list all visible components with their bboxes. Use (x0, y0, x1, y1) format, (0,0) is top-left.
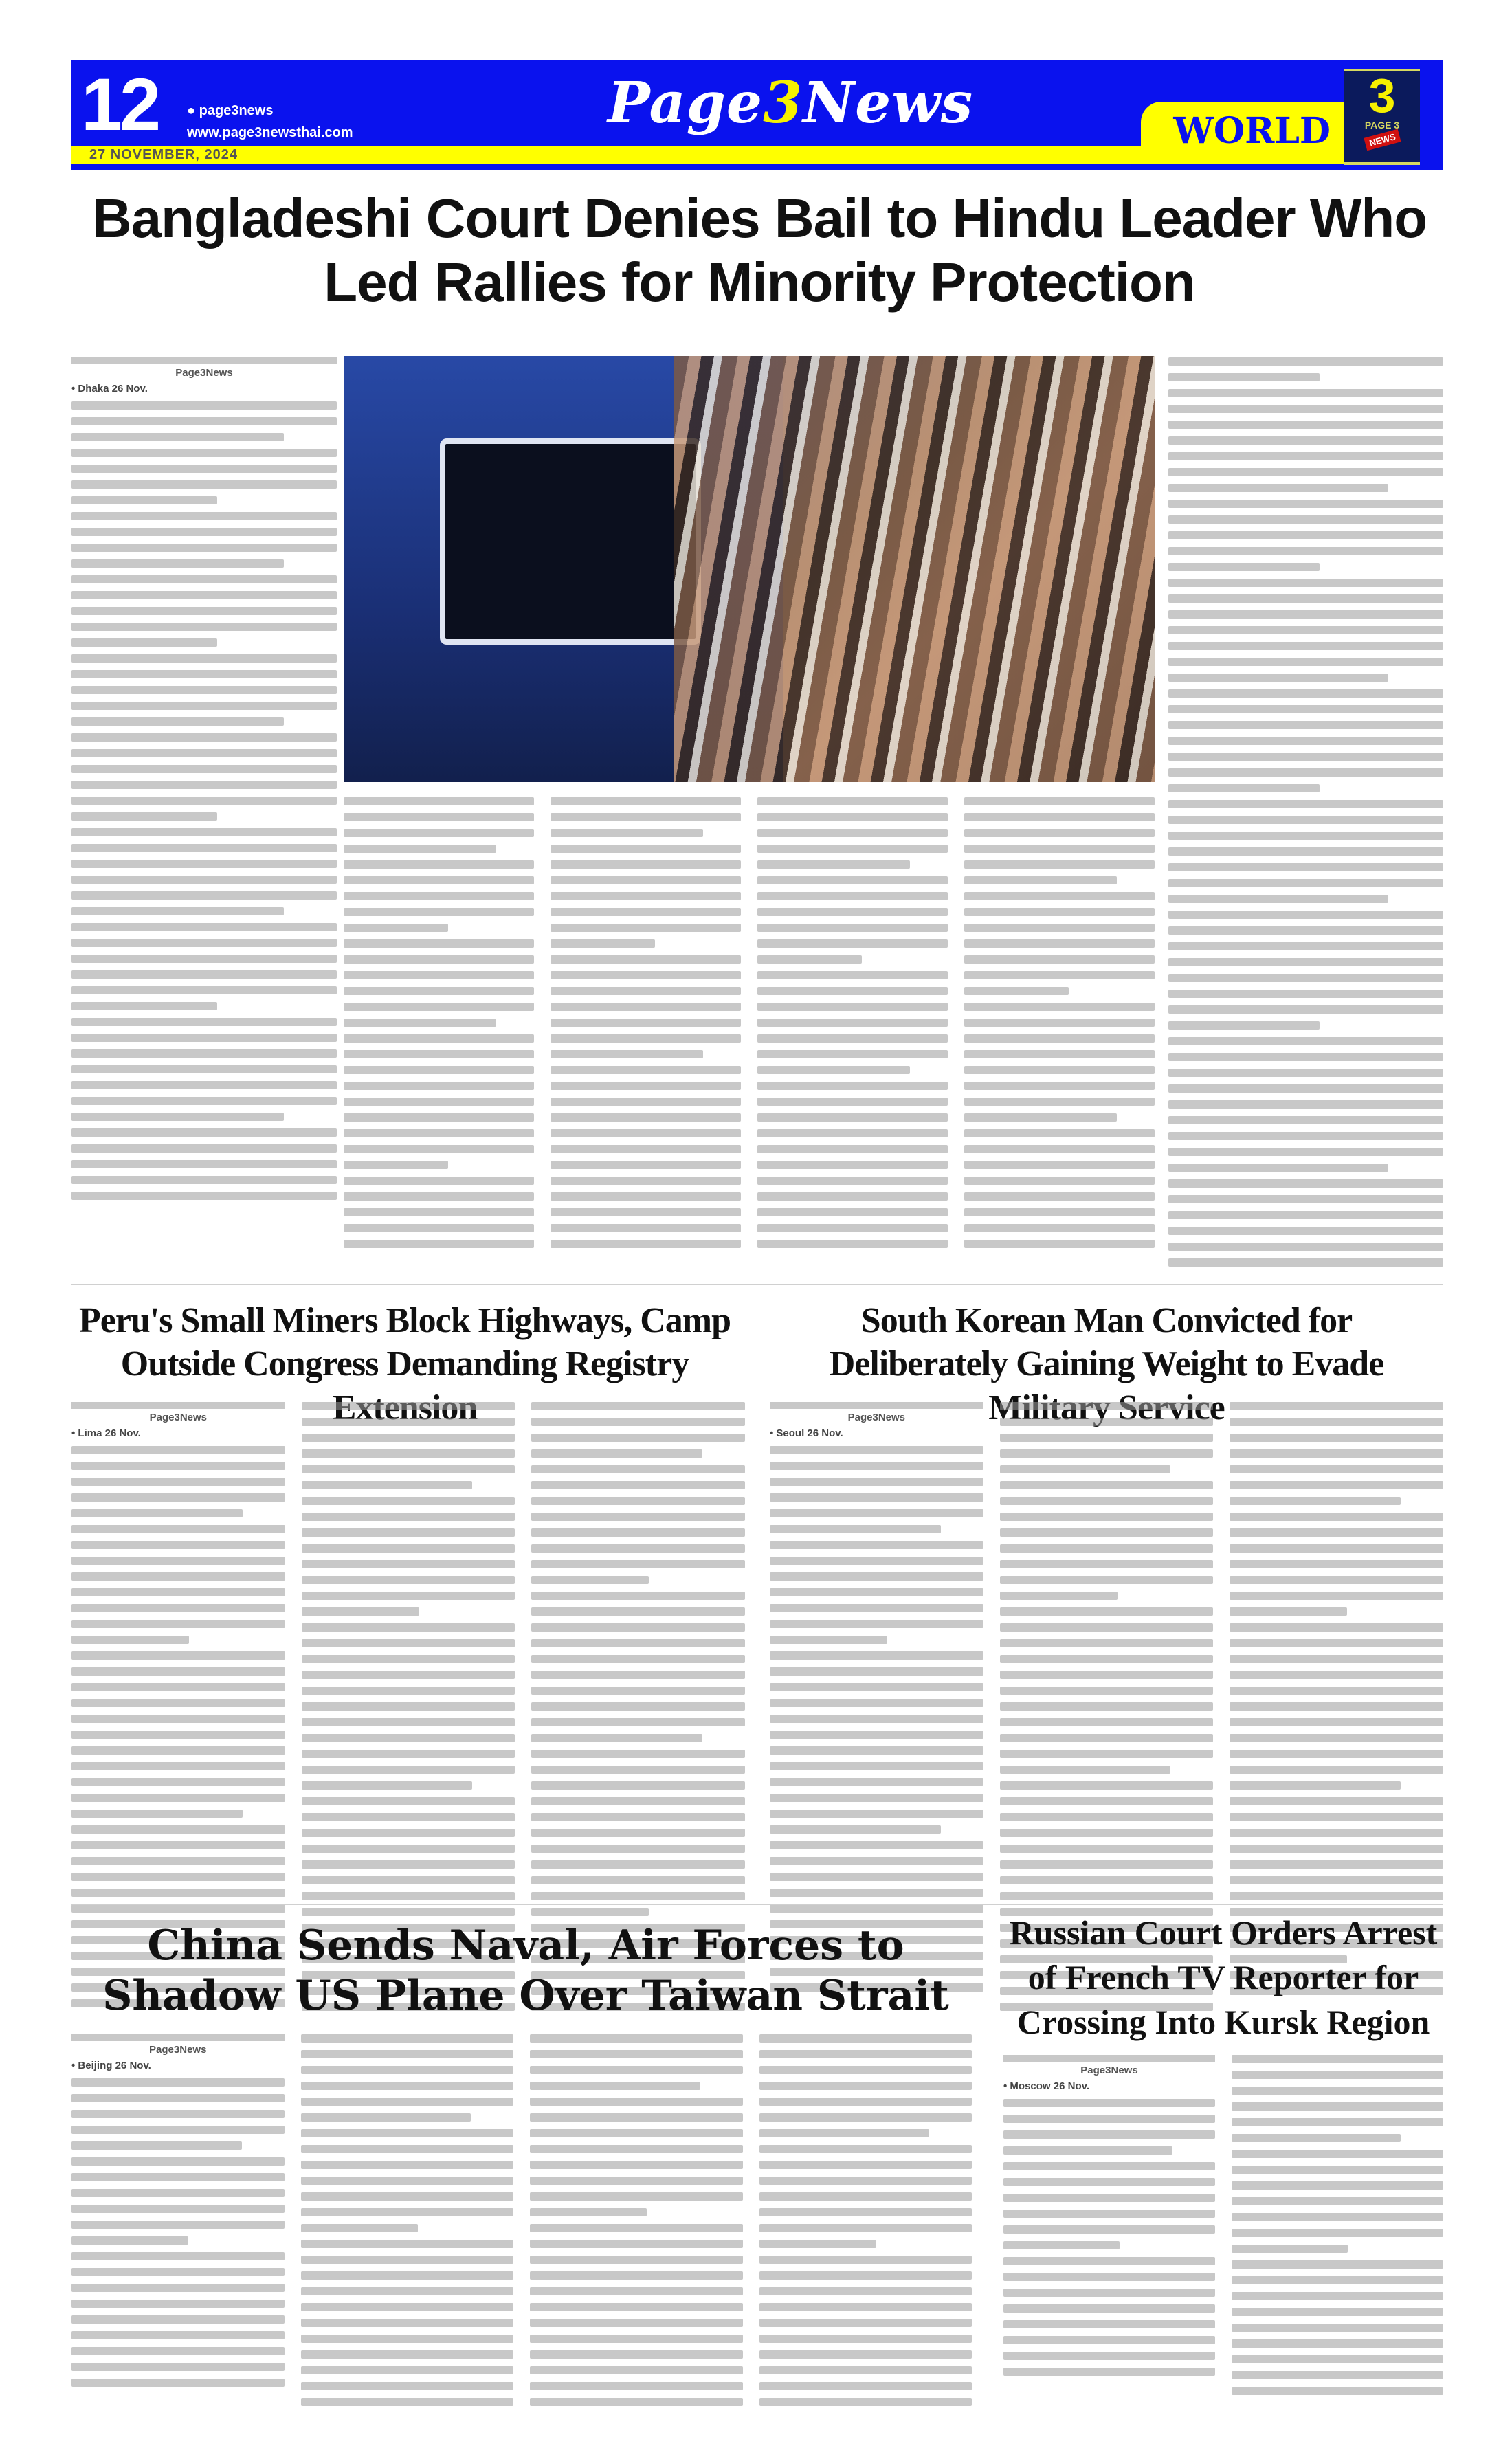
byline: Page3News (71, 367, 337, 379)
body-text-unreadable (1168, 357, 1443, 1267)
section-divider (71, 1284, 1443, 1285)
facebook-icon: ● (187, 103, 199, 118)
dateline: • Moscow 26 Nov. (1003, 2080, 1215, 2092)
byline: Page3News (71, 1412, 285, 1423)
article-bangladesh-lower-cols (344, 797, 1155, 1248)
article-russia-body: Page3News • Moscow 26 Nov. (1003, 2055, 1443, 2395)
body-text-unreadable (71, 401, 337, 1200)
dateline: • Beijing 26 Nov. (71, 2060, 285, 2071)
article-peru-body: Page3News • Lima 26 Nov. (71, 1402, 745, 2011)
news-tag-icon: NEWS (1364, 129, 1401, 151)
issue-date: 27 NOVEMBER, 2024 (89, 147, 238, 163)
byline: Page3News (1003, 2065, 1215, 2076)
page-number: 12 (81, 67, 158, 142)
article-photo (344, 356, 1155, 782)
section-divider (71, 1904, 1443, 1905)
article-china-body: Page3News • Beijing 26 Nov. (71, 2034, 972, 2406)
social-handle[interactable]: ● page3news (187, 103, 273, 119)
body-text-unreadable (71, 2078, 285, 2387)
headline-china: China Sends Naval, Air Forces to Shadow … (96, 1921, 955, 2021)
body-text-unreadable (1003, 2099, 1215, 2376)
date-bar: 27 NOVEMBER, 2024 (71, 146, 1144, 164)
brand-badge: 3 PAGE 3 NEWS (1344, 69, 1420, 165)
publication-logo: Page3News (608, 70, 973, 136)
website-link[interactable]: www.page3newsthai.com (187, 125, 353, 141)
byline: Page3News (71, 2044, 285, 2056)
article-bangladesh-col-right (1168, 357, 1443, 1267)
headline-russia: Russian Court Orders Arrest of French TV… (1003, 1911, 1443, 2045)
body-text-unreadable (770, 1446, 983, 1992)
dateline: • Lima 26 Nov. (71, 1427, 285, 1439)
dateline: • Dhaka 26 Nov. (71, 383, 337, 394)
article-bangladesh-col1: Page3News • Dhaka 26 Nov. (71, 357, 337, 1200)
byline: Page3News (770, 1412, 983, 1423)
headline-bangladesh: Bangladeshi Court Denies Bail to Hindu L… (76, 187, 1443, 315)
dateline: • Seoul 26 Nov. (770, 1427, 983, 1439)
section-tab: WORLD (1141, 102, 1347, 164)
section-label: WORLD (1173, 110, 1331, 152)
